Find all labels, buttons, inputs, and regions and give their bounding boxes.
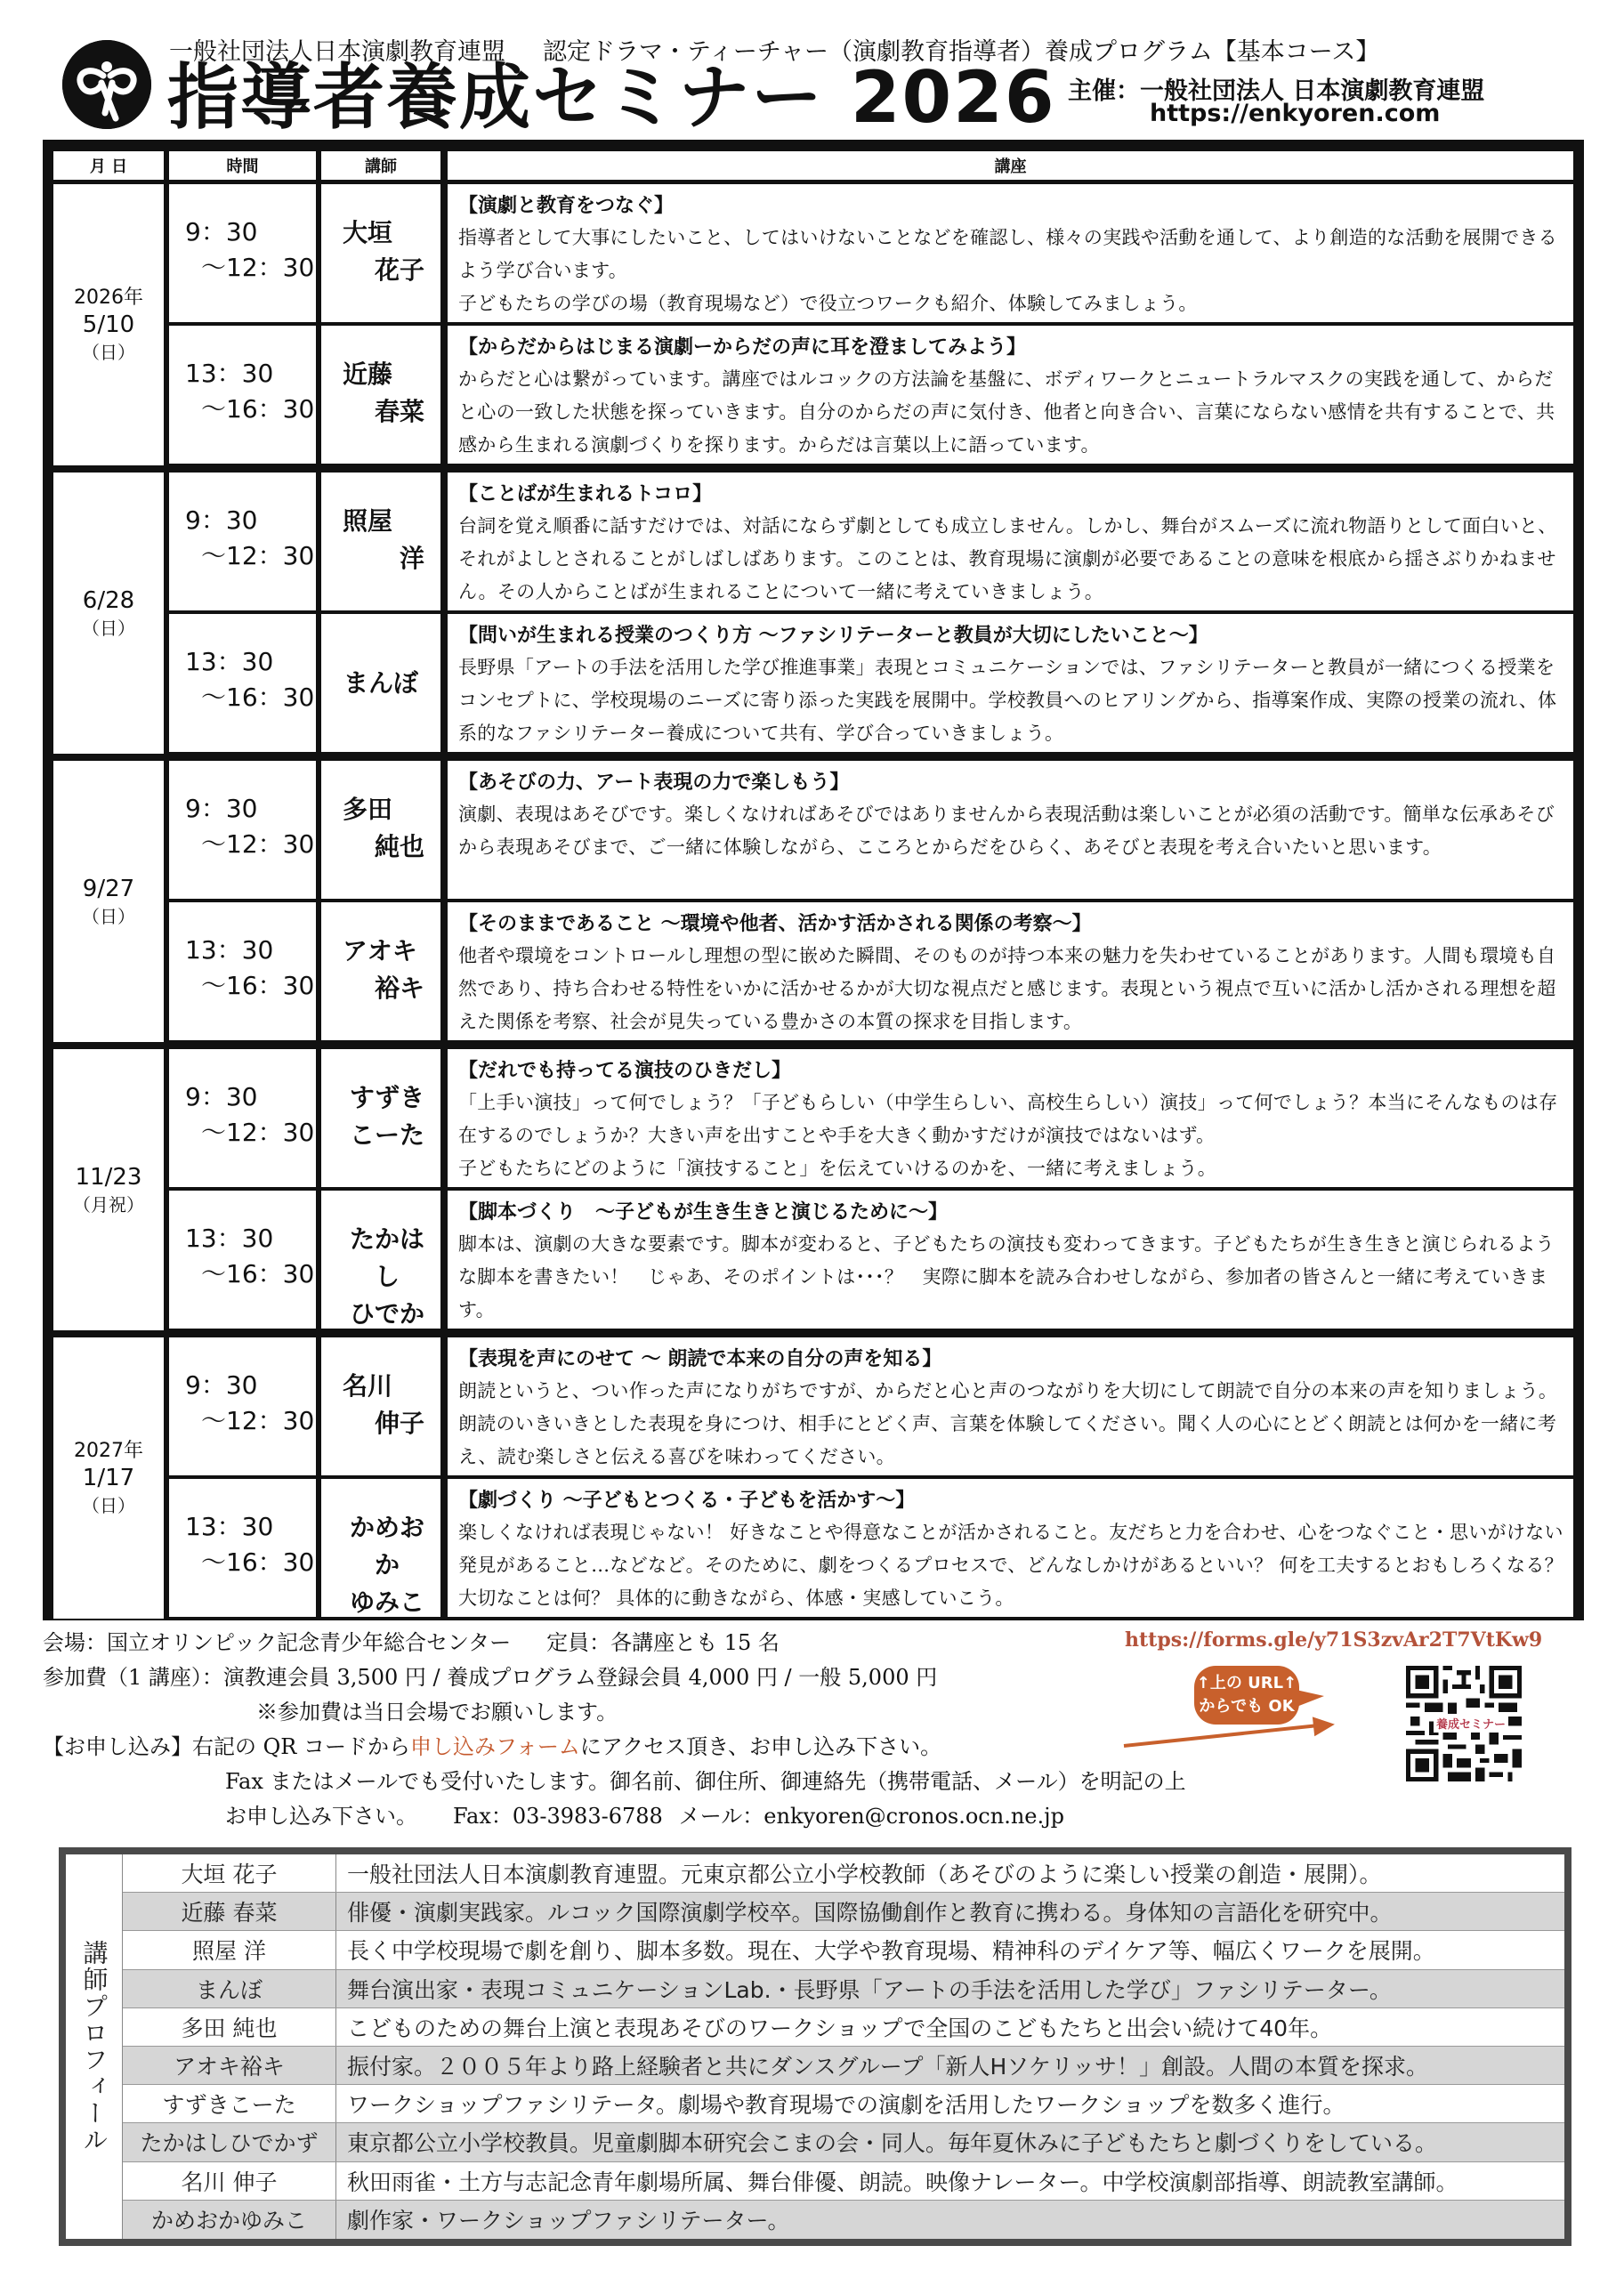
session-row: 13：30～16：30 たかはしひでかず 【脚本づくり ～子どもが生き生きと演じ… (169, 1191, 1573, 1329)
col-header-instructor: 講師 (321, 151, 440, 180)
day-year: 2027年 (74, 1439, 143, 1465)
session-instructor: 多田純也 (321, 761, 440, 899)
time-end: ～16：30 (185, 1256, 316, 1292)
instructor-family-name: 名川 (343, 1368, 432, 1405)
email-link[interactable]: メール：enkyoren@cronos.ocn.ne.jp (679, 1804, 1064, 1829)
application-form-link[interactable]: 申し込みフォーム (410, 1734, 580, 1759)
day-weekday: （日） (82, 905, 135, 928)
profile-name: まんぼ (123, 1970, 336, 2007)
instructor-given-name: 洋 (343, 540, 432, 578)
session-lecture: 【だれでも持ってる演技のひきだし】「上手い演技」って何でしょう？「子どもらしい（… (448, 1049, 1573, 1187)
bubble-line-1: ↑上の URL↑ (1194, 1672, 1299, 1695)
lecture-title: 【ことばが生まれるトコロ】 (458, 480, 1564, 510)
contact-pre: お申し込み下さい。 (225, 1804, 417, 1829)
session-lecture: 【劇づくり ～子どもとつくる・子どもを活かす～】楽しくなければ表現じゃない！ 好… (448, 1479, 1573, 1617)
profiles-side-header: 講師プロフィール (66, 1854, 123, 2239)
profile-row: 近藤 春菜俳優・演劇実践家。ルコック国際演劇学校卒。国際協働創作と教育に携わる。… (123, 1893, 1564, 1931)
day-date: 1/17 (83, 1464, 134, 1494)
fee-note: ※参加費は当日会場でお願いします。 (256, 1700, 618, 1725)
session-lecture: 【ことばが生まれるトコロ】台詞を覚え順番に話すだけでは、対話にならず劇としても成… (448, 473, 1573, 610)
lecture-title: 【脚本づくり ～子どもが生き生きと演じるために～】 (458, 1198, 1564, 1228)
profile-desc: 振付家。２００５年より路上経験者と共にダンスグループ「新人Hソケリッサ！」創設。… (336, 2047, 1564, 2084)
lecture-body: 演劇、表現はあそびです。楽しくなければあそびではありませんから表現活動は楽しいこ… (458, 798, 1564, 864)
session-lecture: 【演劇と教育をつなぐ】指導者として大事にしたいこと、してはいけないことなどを確認… (448, 184, 1573, 322)
event-info: 会場：国立オリンピック記念青少年総合センター定員：各講座とも 15 名 参加費（… (43, 1626, 1186, 1834)
day-date-cell: 2027年 1/17 （日） (53, 1337, 164, 1619)
qr-label: 養成セミナー (1434, 1714, 1508, 1733)
instructor-family-name: 多田 (343, 791, 432, 828)
session-lecture: 【問いが生まれる授業のつくり方 ～ファシリテーターと教員が大切にしたいこと～】長… (448, 614, 1573, 752)
instructor-given-name: 純也 (343, 828, 432, 866)
profile-desc: 秋田雨雀・土方与志記念青年劇場所属、舞台俳優、朗読。映像ナレーター。中学校演劇部… (336, 2162, 1564, 2200)
session-row: 9：30～12：30 多田純也 【あそびの力、アート表現の力で楽しもう】演劇、表… (169, 761, 1573, 899)
lecture-body: 台詞を覚え順番に話すだけでは、対話にならず劇としても成立しません。しかし、舞台が… (458, 510, 1564, 609)
session-time: 9：30～12：30 (169, 473, 316, 610)
session-time: 13：30～16：30 (169, 326, 316, 464)
profile-name: アオキ裕キ (123, 2047, 336, 2084)
arrow-head-icon (1313, 1715, 1336, 1736)
apply-text-post: にアクセス頂き、お申し込み下さい。 (580, 1734, 941, 1759)
instructor-family-name: すずき (343, 1079, 432, 1117)
lecture-title: 【だれでも持ってる演技のひきだし】 (458, 1056, 1564, 1086)
session-time: 9：30～12：30 (169, 1049, 316, 1187)
time-end: ～12：30 (185, 1403, 316, 1439)
day-date-cell: 9/27 （日） (53, 761, 164, 1042)
session-row: 13：30～16：30 近藤春菜 【からだからはじまる演劇ーからだの声に耳を澄ま… (169, 326, 1573, 464)
fee: 参加費（1 講座）：演教連会員 3,500 円 / 養成プログラム登録会員 4,… (43, 1665, 937, 1690)
session-time: 13：30～16：30 (169, 902, 316, 1040)
instructor-family-name: 大垣 (343, 214, 432, 252)
profile-desc: 一般社団法人日本演劇教育連盟。元東京都公立小学校教師（あそびのように楽しい授業の… (336, 1854, 1564, 1892)
profile-name: かめおかゆみこ (123, 2201, 336, 2239)
session-instructor: 大垣花子 (321, 184, 440, 322)
lecture-body: からだと心は繋がっています。講座ではルコックの方法論を基盤に、ボディワークとニュ… (458, 363, 1564, 462)
lecture-body: 楽しくなければ表現じゃない！ 好きなことや得意なことが活かされること。友だちと力… (458, 1516, 1564, 1615)
instructor-family-name: たかはし (343, 1221, 432, 1296)
venue: 会場：国立オリンピック記念青少年総合センター (43, 1630, 511, 1655)
session-time: 9：30～12：30 (169, 1337, 316, 1475)
session-row: 13：30～16：30 まんぼ 【問いが生まれる授業のつくり方 ～ファシリテータ… (169, 614, 1573, 752)
lecture-title: 【問いが生まれる授業のつくり方 ～ファシリテーターと教員が大切にしたいこと～】 (458, 621, 1564, 651)
session-instructor: かめおかゆみこ (321, 1479, 440, 1617)
day-date-cell: 2026年 5/10 （日） (53, 184, 164, 465)
day-block: 2027年 1/17 （日） 9：30～12：30 名川伸子 【表現を声にのせて… (50, 1337, 1577, 1619)
session-row: 13：30～16：30 アオキ裕キ 【そのままであること ～環境や他者、活かす活… (169, 902, 1573, 1040)
url-hint-bubble: ↑上の URL↑ からでも OK (1194, 1666, 1299, 1725)
session-lecture: 【からだからはじまる演劇ーからだの声に耳を澄ましてみよう】からだと心は繋がってい… (448, 326, 1573, 464)
lecture-body: 指導者として大事にしたいこと、してはいけないことなどを確認し、様々の実践や活動を… (458, 222, 1564, 320)
time-start: 13：30 (185, 359, 273, 388)
instructor-family-name: 近藤 (343, 356, 432, 393)
profile-desc: こどものための舞台上演と表現あそびのワークショップで全国のこどもたちと出会い続け… (336, 2008, 1564, 2046)
lecture-title: 【劇づくり ～子どもとつくる・子どもを活かす～】 (458, 1486, 1564, 1516)
session-instructor: アオキ裕キ (321, 902, 440, 1040)
instructor-given-name: ゆみこ (343, 1584, 432, 1621)
profile-name: 大垣 花子 (123, 1854, 336, 1892)
host-url-link[interactable]: https://enkyoren.com (1150, 100, 1440, 127)
session-time: 13：30～16：30 (169, 1191, 316, 1329)
profile-desc: 長く中学校現場で劇を創り、脚本多数。現在、大学や教育現場、精神科のデイケア等、幅… (336, 1931, 1564, 1968)
session-row: 13：30～16：30 かめおかゆみこ 【劇づくり ～子どもとつくる・子どもを活… (169, 1479, 1573, 1617)
session-instructor: すずきこーた (321, 1049, 440, 1187)
time-start: 13：30 (185, 935, 273, 965)
lecture-body: 脚本は、演劇の大きな要素です。脚本が変わると、子どもたちの演技も変わってきます。… (458, 1228, 1564, 1327)
day-weekday: （日） (82, 341, 135, 364)
day-date-cell: 11/23 （月祝） (53, 1049, 164, 1330)
profile-row: 名川 伸子秋田雨雀・土方与志記念青年劇場所属、舞台俳優、朗読。映像ナレーター。中… (123, 2162, 1564, 2201)
profile-row: すずきこーたワークショップファシリテータ。劇場や教育現場での演劇を活用したワーク… (123, 2085, 1564, 2123)
lecture-body: 朗読というと、つい作った声になりがちですが、からだと心と声のつながりを大切にして… (458, 1375, 1564, 1474)
profile-row: まんぼ舞台演出家・表現コミュニケーションLab.・長野県「アートの手法を活用した… (123, 1970, 1564, 2008)
day-weekday: （日） (82, 617, 135, 640)
day-block: 11/23 （月祝） 9：30～12：30 すずきこーた 【だれでも持ってる演技… (50, 1049, 1577, 1330)
instructor-given-name: こーた (343, 1117, 432, 1154)
time-end: ～12：30 (185, 1115, 316, 1151)
session-instructor: 名川伸子 (321, 1337, 440, 1475)
session-lecture: 【そのままであること ～環境や他者、活かす活かされる関係の考察～】他者や環境をコ… (448, 902, 1573, 1040)
day-date: 9/27 (83, 875, 134, 905)
col-header-time: 時間 (169, 151, 316, 180)
day-date: 5/10 (83, 311, 134, 341)
lecture-title: 【表現を声にのせて ～ 朗読で本来の自分の声を知る】 (458, 1345, 1564, 1375)
profile-name: 名川 伸子 (123, 2162, 336, 2200)
time-end: ～12：30 (185, 250, 316, 286)
instructor-given-name: 裕キ (343, 970, 432, 1007)
bubble-tail-icon (1292, 1689, 1324, 1708)
instructor-given-name: 伸子 (343, 1405, 432, 1442)
profile-desc: 俳優・演劇実践家。ルコック国際演劇学校卒。国際協働創作と教育に携わる。身体知の言… (336, 1893, 1564, 1930)
instructor-given-name: 花子 (343, 252, 432, 289)
profile-name: すずきこーた (123, 2085, 336, 2122)
session-instructor: たかはしひでかず (321, 1191, 440, 1329)
instructor-profiles: 講師プロフィール 大垣 花子一般社団法人日本演劇教育連盟。元東京都公立小学校教師… (59, 1847, 1571, 2246)
capacity: 定員：各講座とも 15 名 (546, 1630, 780, 1655)
lecture-body: 長野県「アートの手法を活用した学び推進事業」表現とコミュニケーションでは、ファシ… (458, 651, 1564, 750)
time-start: 9：30 (185, 794, 257, 823)
day-date: 11/23 (76, 1163, 142, 1193)
profile-name: たかはしひでかず (123, 2123, 336, 2161)
time-start: 13：30 (185, 1512, 273, 1541)
lecture-title: 【からだからはじまる演劇ーからだの声に耳を澄ましてみよう】 (458, 333, 1564, 363)
session-row: 9：30～12：30 すずきこーた 【だれでも持ってる演技のひきだし】「上手い演… (169, 1049, 1573, 1187)
profiles-label: 講師プロフィール (82, 1940, 107, 2153)
apply-label: 【お申し込み】 (43, 1734, 192, 1759)
profile-row: 照屋 洋長く中学校現場で劇を創り、脚本多数。現在、大学や教育現場、精神科のデイケ… (123, 1931, 1564, 1969)
session-row: 9：30～12：30 照屋洋 【ことばが生まれるトコロ】台詞を覚え順番に話すだけ… (169, 473, 1573, 610)
profile-desc: 舞台演出家・表現コミュニケーションLab.・長野県「アートの手法を活用した学び」… (336, 1970, 1564, 2007)
profile-row: アオキ裕キ振付家。２００５年より路上経験者と共にダンスグループ「新人Hソケリッサ… (123, 2047, 1564, 2085)
profile-row: かめおかゆみこ劇作家・ワークショップファシリテーター。 (123, 2201, 1564, 2239)
profile-name: 近藤 春菜 (123, 1893, 336, 1930)
session-lecture: 【表現を声にのせて ～ 朗読で本来の自分の声を知る】朗読というと、つい作った声に… (448, 1337, 1573, 1475)
lecture-title: 【あそびの力、アート表現の力で楽しもう】 (458, 768, 1564, 798)
day-block: 2026年 5/10 （日） 9：30～12：30 大垣花子 【演劇と教育をつな… (50, 184, 1577, 465)
day-block: 9/27 （日） 9：30～12：30 多田純也 【あそびの力、アート表現の力で… (50, 761, 1577, 1042)
time-end: ～16：30 (185, 680, 316, 715)
session-lecture: 【あそびの力、アート表現の力で楽しもう】演劇、表現はあそびです。楽しくなければあ… (448, 761, 1573, 899)
time-start: 9：30 (185, 1370, 257, 1400)
time-end: ～12：30 (185, 538, 316, 574)
time-start: 13：30 (185, 1224, 273, 1253)
day-date: 6/28 (83, 586, 134, 617)
lecture-body: 他者や環境をコントロールし理想の型に嵌めた瞬間、そのものが持つ本来の魅力を失わせ… (458, 940, 1564, 1038)
col-header-date: 月 日 (53, 151, 164, 180)
session-instructor: まんぼ (321, 614, 440, 752)
session-time: 13：30～16：30 (169, 614, 316, 752)
schedule-header-row: 月 日 時間 講師 講座 (50, 147, 1577, 181)
apply-text-pre: 右記の QR コードから (192, 1734, 410, 1759)
day-date-cell: 6/28 （日） (53, 473, 164, 754)
lecture-body: 「上手い演技」って何でしょう？「子どもらしい（中学生らしい、高校生らしい）演技」… (458, 1086, 1564, 1185)
time-end: ～16：30 (185, 392, 316, 427)
form-url-link[interactable]: https://forms.gle/y71S3zvAr2T7VtKw9 (1125, 1628, 1542, 1652)
profile-row: たかはしひでかず東京都公立小学校教員。児童劇脚本研究会こまの会・同人。毎年夏休み… (123, 2123, 1564, 2161)
session-instructor: 照屋洋 (321, 473, 440, 610)
profile-name: 多田 純也 (123, 2008, 336, 2046)
session-row: 9：30～12：30 大垣花子 【演劇と教育をつなぐ】指導者として大事にしたいこ… (169, 184, 1573, 322)
instructor-given-name: 春菜 (343, 393, 432, 431)
instructor-family-name: 照屋 (343, 503, 432, 540)
day-weekday: （日） (82, 1494, 135, 1517)
instructor-family-name: アオキ (343, 933, 432, 970)
page-title: 指導者養成セミナー 2026 (167, 62, 1056, 133)
bubble-line-2: からでも OK (1194, 1695, 1299, 1718)
lecture-title: 【演劇と教育をつなぐ】 (458, 191, 1564, 222)
fax-number: Fax：03-3983-6788 (453, 1804, 663, 1829)
profile-desc: ワークショップファシリテータ。劇場や教育現場での演劇を活用したワークショップを数… (336, 2085, 1564, 2122)
time-start: 13：30 (185, 647, 273, 676)
profile-desc: 劇作家・ワークショップファシリテーター。 (336, 2201, 1564, 2239)
profile-row: 多田 純也こどものための舞台上演と表現あそびのワークショップで全国のこどもたちと… (123, 2008, 1564, 2047)
day-weekday: （月祝） (73, 1193, 144, 1216)
time-end: ～12：30 (185, 827, 316, 862)
time-end: ～16：30 (185, 1545, 316, 1580)
col-header-lecture: 講座 (448, 151, 1573, 180)
instructor-family-name: かめおか (343, 1509, 432, 1584)
time-start: 9：30 (185, 505, 257, 535)
session-time: 9：30～12：30 (169, 184, 316, 322)
session-time: 13：30～16：30 (169, 1479, 316, 1617)
day-block: 6/28 （日） 9：30～12：30 照屋洋 【ことばが生まれるトコロ】台詞を… (50, 473, 1577, 754)
time-start: 9：30 (185, 217, 257, 246)
profile-row: 大垣 花子一般社団法人日本演劇教育連盟。元東京都公立小学校教師（あそびのように楽… (123, 1854, 1564, 1893)
profile-name: 照屋 洋 (123, 1931, 336, 1968)
instructor-name: まんぼ (343, 665, 418, 702)
profile-desc: 東京都公立小学校教員。児童劇脚本研究会こまの会・同人。毎年夏休みに子どもたちと劇… (336, 2123, 1564, 2161)
organization-logo-icon (62, 40, 151, 129)
session-lecture: 【脚本づくり ～子どもが生き生きと演じるために～】脚本は、演劇の大きな要素です。… (448, 1191, 1573, 1329)
schedule-table: 月 日 時間 講師 講座 2026年 5/10 （日） 9：30～12：30 大… (43, 140, 1584, 1620)
time-start: 9：30 (185, 1082, 257, 1111)
time-end: ～16：30 (185, 968, 316, 1004)
session-instructor: 近藤春菜 (321, 326, 440, 464)
session-row: 9：30～12：30 名川伸子 【表現を声にのせて ～ 朗読で本来の自分の声を知… (169, 1337, 1573, 1475)
fax-mail-note: Fax またはメールでも受付いたします。御名前、御住所、御連絡先（携帯電話、メー… (225, 1769, 1186, 1794)
session-time: 9：30～12：30 (169, 761, 316, 899)
day-year: 2026年 (74, 286, 143, 311)
lecture-title: 【そのままであること ～環境や他者、活かす活かされる関係の考察～】 (458, 909, 1564, 940)
